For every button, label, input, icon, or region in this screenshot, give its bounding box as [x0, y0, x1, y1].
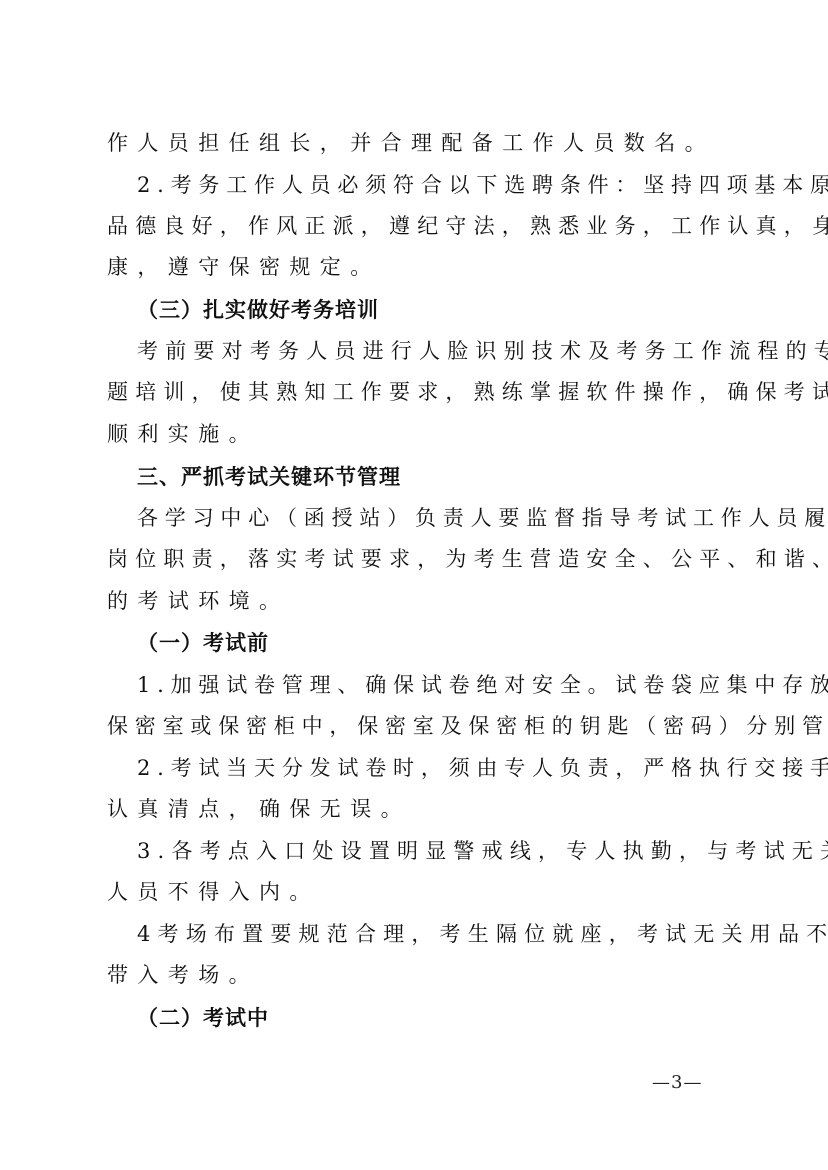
section-heading: （二）考试中	[137, 1003, 269, 1033]
section-heading: （一）考试前	[137, 628, 269, 658]
paragraph-line: 康，遵守保密规定。	[107, 252, 381, 282]
paragraph-line: 考前要对考务人员进行人脸识别技术及考务工作流程的专	[137, 336, 828, 366]
page-number: —3—	[652, 1072, 702, 1093]
paragraph-line: 3.各考点入口处设置明显警戒线，专人执勤，与考试无关的	[137, 836, 828, 866]
paragraph-line: 品德良好，作风正派，遵纪守法，熟悉业务，工作认真，身体健	[107, 211, 828, 241]
paragraph-line: 认真清点，确保无误。	[107, 794, 411, 824]
paragraph-line: 作人员担任组长，并合理配备工作人员数名。	[107, 128, 715, 158]
paragraph-line: 2.考务工作人员必须符合以下选聘条件：坚持四项基本原则，	[137, 170, 828, 200]
paragraph-line: 题培训，使其熟知工作要求，熟练掌握软件操作，确保考试平稳	[107, 377, 828, 407]
paragraph-line: 人员不得入内。	[107, 877, 320, 907]
paragraph-line: 带入考场。	[107, 960, 259, 990]
section-heading: 三、严抓考试关键环节管理	[137, 462, 401, 492]
paragraph-line: 1.加强试卷管理、确保试卷绝对安全。试卷袋应集中存放在	[137, 670, 828, 700]
section-heading: （三）扎实做好考务培训	[137, 295, 379, 325]
paragraph-line: 保密室或保密柜中，保密室及保密柜的钥匙（密码）分别管理。	[107, 711, 828, 741]
paragraph-line: 各学习中心（函授站）负责人要监督指导考试工作人员履行	[137, 503, 828, 533]
paragraph-line: 岗位职责，落实考试要求，为考生营造安全、公平、和谐、满意	[107, 544, 828, 574]
paragraph-line: 4考场布置要规范合理，考生隔位就座，考试无关用品不得	[137, 919, 828, 949]
paragraph-line: 顺利实施。	[107, 419, 259, 449]
paragraph-line: 2.考试当天分发试卷时，须由专人负责，严格执行交接手续，	[137, 753, 828, 783]
paragraph-line: 的考试环境。	[107, 586, 289, 616]
